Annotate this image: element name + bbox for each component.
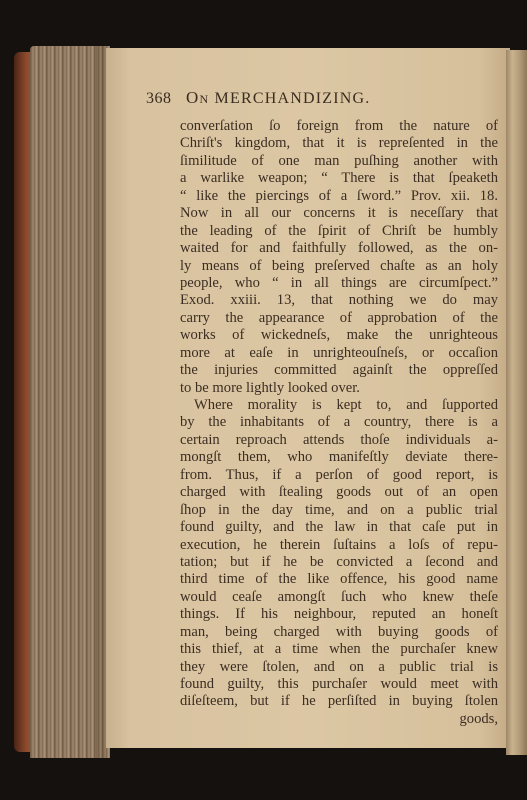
text-line: mongſt them, who manifeſtly deviate ther… — [180, 449, 498, 466]
text-line: execution, he therein ſuſtains a loſs of… — [180, 537, 498, 554]
text-line: the injuries committed againſt the oppre… — [180, 362, 498, 379]
text-line: charged with ſtealing goods out of an op… — [180, 484, 498, 501]
running-head: 368 ON MERCHANDIZING. — [146, 88, 446, 108]
text-line: converſation ſo foreign from the nature … — [180, 118, 498, 135]
text-line: more at eaſe in unrighteouſneſs, or occa… — [180, 345, 498, 362]
page-fore-edge-stack — [30, 46, 110, 758]
text-line: diſeſteem, but if he perſiſted in buying… — [180, 693, 498, 710]
body-text: converſation ſo foreign from the nature … — [180, 118, 498, 728]
text-line: they were ſtolen, and on a public trial … — [180, 659, 498, 676]
text-line: certain reproach attends thoſe individua… — [180, 432, 498, 449]
text-line: found guilty, this purchaſer would meet … — [180, 676, 498, 693]
text-line: “ like the piercings of a ſword.” Prov. … — [180, 188, 498, 205]
text-line: ſhop in the day time, and on a public tr… — [180, 502, 498, 519]
running-head-title: ON MERCHANDIZING. — [186, 90, 370, 107]
text-line: ly means of being preſerved chaſte as an… — [180, 258, 498, 275]
text-line-paragraph-start: Where morality is kept to, and ſupported — [180, 397, 498, 414]
text-line: from. Thus, if a perſon of good report, … — [180, 467, 498, 484]
text-line: would ceaſe amongſt ſuch who knew theſe — [180, 589, 498, 606]
text-line: Now in all our concerns it is neceſſary … — [180, 205, 498, 222]
page-number: 368 — [146, 90, 172, 107]
text-line: found guilty, and the law in that caſe p… — [180, 519, 498, 536]
text-line: things. If his neighbour, reputed an hon… — [180, 606, 498, 623]
facing-page-edge — [506, 50, 527, 755]
text-line: this thief, at a time when the purchaſer… — [180, 641, 498, 658]
text-line: people, who “ in all things are circumſp… — [180, 275, 498, 292]
text-line: waited for and faithfully followed, as t… — [180, 240, 498, 257]
catchword: goods, — [180, 711, 498, 728]
text-line: Exod. xxiii. 13, that nothing we do may — [180, 292, 498, 309]
text-line: third time of the like offence, his good… — [180, 571, 498, 588]
text-line: tation; but if he be convicted a ſecond … — [180, 554, 498, 571]
text-line: carry the appearance of approbation of t… — [180, 310, 498, 327]
text-line: man, being charged with buying goods of — [180, 624, 498, 641]
text-line: the leading of the ſpirit of Chriſt be h… — [180, 223, 498, 240]
text-line: Chriſt's kingdom, that it is repreſented… — [180, 135, 498, 152]
running-head-initial: O — [186, 88, 199, 107]
running-head-rest: MERCHANDIZING. — [209, 90, 370, 107]
text-line: a warlike weapon; “ There is that ſpeake… — [180, 170, 498, 187]
text-line: works of wickedneſs, make the unrighteou… — [180, 327, 498, 344]
text-line: to be more lightly looked over. — [180, 380, 498, 397]
text-line: by the inhabitants of a country, there i… — [180, 414, 498, 431]
running-head-smallcap: N — [199, 92, 209, 106]
text-line: ſimilitude of one man puſhing another wi… — [180, 153, 498, 170]
